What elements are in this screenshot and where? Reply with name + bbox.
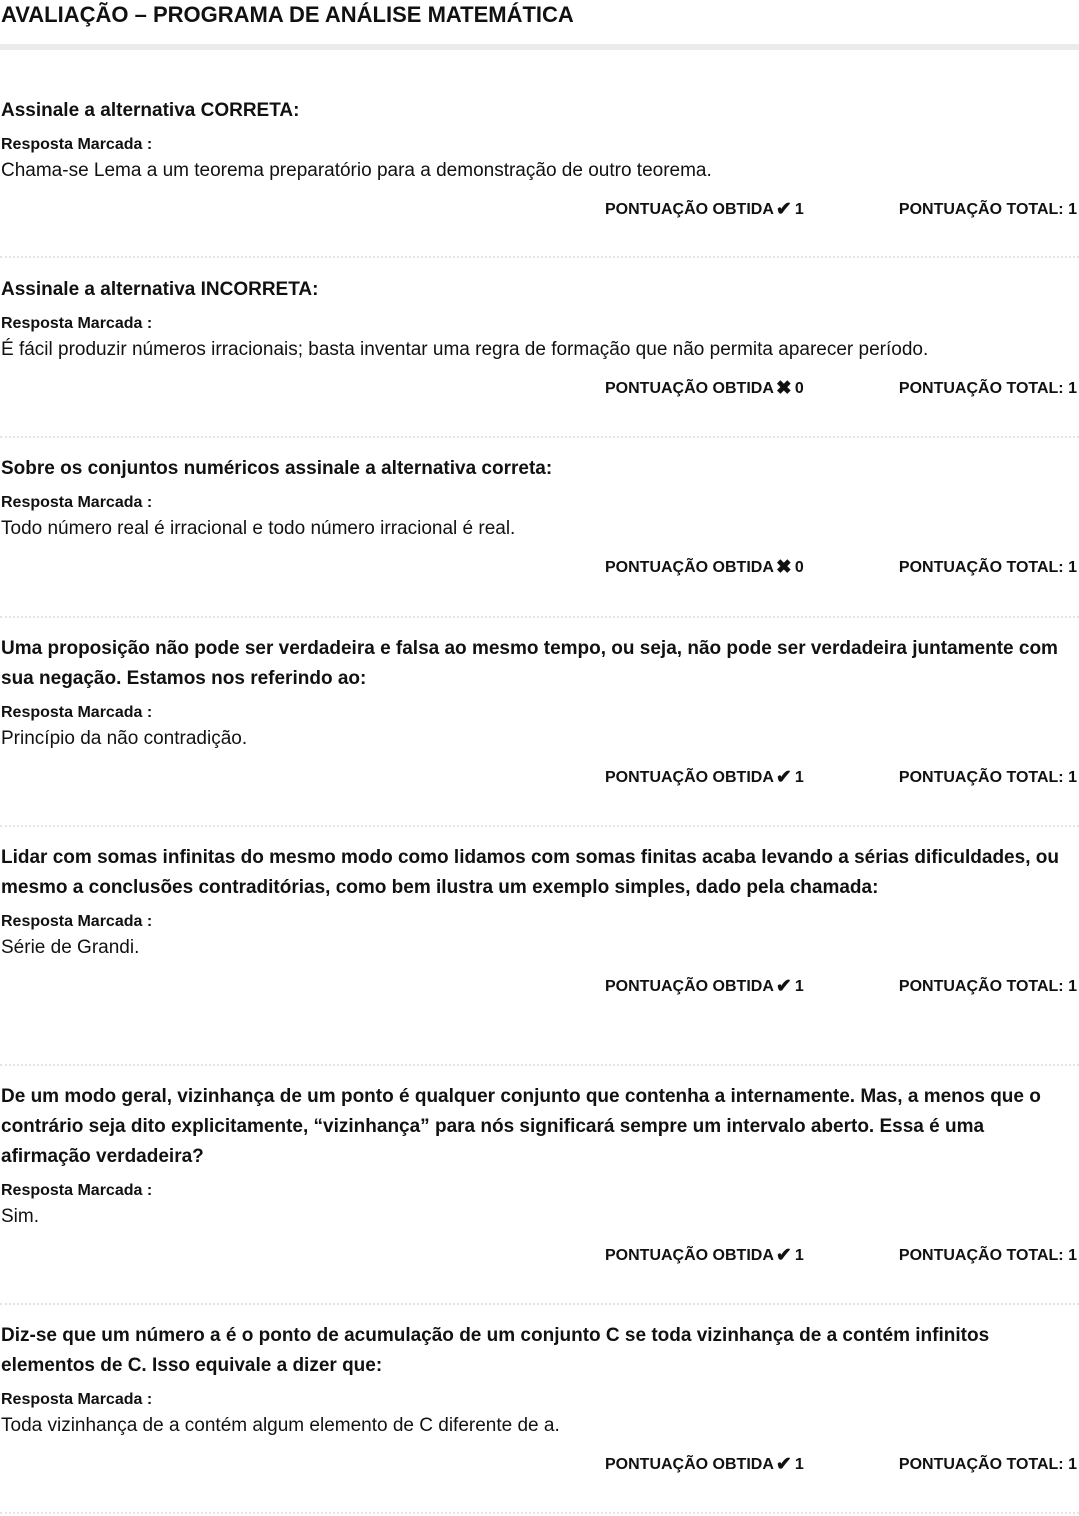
answer-value: Princípio da não contradição. (0, 726, 1079, 752)
score-row: PONTUAÇÃO OBTIDA✔1 PONTUAÇÃO TOTAL: 1 (0, 197, 1079, 223)
score-total-label: PONTUAÇÃO TOTAL: (899, 1456, 1064, 1473)
question-item: Diz-se que um número a é o ponto de acum… (0, 1321, 1079, 1478)
answer-label: Resposta Marcada : (0, 314, 1079, 334)
question-separator (0, 1303, 1079, 1305)
score-obtained: PONTUAÇÃO OBTIDA✔1 (605, 197, 804, 223)
score-obtained-value: 1 (795, 978, 804, 995)
question-text: Assinale a alternativa CORRETA: (0, 96, 1061, 126)
score-total-label: PONTUAÇÃO TOTAL: (899, 559, 1064, 576)
score-obtained-label: PONTUAÇÃO OBTIDA (605, 559, 774, 576)
score-total-value: 1 (1068, 380, 1077, 397)
question-separator (0, 256, 1079, 258)
score-row: PONTUAÇÃO OBTIDA✔1 PONTUAÇÃO TOTAL: 1 (0, 765, 1079, 791)
score-obtained: PONTUAÇÃO OBTIDA✖0 (605, 555, 804, 581)
answer-label: Resposta Marcada : (0, 1390, 1079, 1410)
score-obtained-label: PONTUAÇÃO OBTIDA (605, 978, 774, 995)
question-item: Assinale a alternativa INCORRETA: Respos… (0, 275, 1079, 402)
score-obtained: PONTUAÇÃO OBTIDA✔1 (605, 974, 804, 1000)
answer-label: Resposta Marcada : (0, 703, 1079, 723)
score-total-value: 1 (1068, 201, 1077, 218)
question-item: Sobre os conjuntos numéricos assinale a … (0, 454, 1079, 581)
answer-value: Série de Grandi. (0, 935, 1079, 961)
question-item: Assinale a alternativa CORRETA: Resposta… (0, 96, 1079, 223)
answer-value: Sim. (0, 1204, 1079, 1230)
score-total-value: 1 (1068, 1456, 1077, 1473)
check-icon: ✔ (776, 977, 792, 997)
score-total: PONTUAÇÃO TOTAL: 1 (899, 765, 1077, 791)
question-item: Lidar com somas infinitas do mesmo modo … (0, 843, 1079, 1000)
score-obtained-label: PONTUAÇÃO OBTIDA (605, 1456, 774, 1473)
question-separator (0, 1064, 1079, 1066)
score-total: PONTUAÇÃO TOTAL: 1 (899, 1243, 1077, 1269)
question-text: Uma proposição não pode ser verdadeira e… (0, 634, 1061, 694)
question-text: Lidar com somas infinitas do mesmo modo … (0, 843, 1061, 903)
score-total-value: 1 (1068, 1247, 1077, 1264)
page-title: AVALIAÇÃO – PROGRAMA DE ANÁLISE MATEMÁTI… (1, 2, 574, 28)
question-text: Sobre os conjuntos numéricos assinale a … (0, 454, 1061, 484)
answer-value: Todo número real é irracional e todo núm… (0, 516, 1079, 542)
score-total-label: PONTUAÇÃO TOTAL: (899, 1247, 1064, 1264)
question-text: Diz-se que um número a é o ponto de acum… (0, 1321, 1061, 1381)
score-total-label: PONTUAÇÃO TOTAL: (899, 380, 1064, 397)
score-total: PONTUAÇÃO TOTAL: 1 (899, 555, 1077, 581)
x-icon: ✖ (776, 379, 792, 399)
score-row: PONTUAÇÃO OBTIDA✔1 PONTUAÇÃO TOTAL: 1 (0, 1243, 1079, 1269)
question-item: De um modo geral, vizinhança de um ponto… (0, 1082, 1079, 1269)
answer-value: Chama-se Lema a um teorema preparatório … (0, 158, 1079, 184)
check-icon: ✔ (776, 1455, 792, 1475)
answer-label: Resposta Marcada : (0, 135, 1079, 155)
check-icon: ✔ (776, 768, 792, 788)
check-icon: ✔ (776, 200, 792, 220)
score-obtained: PONTUAÇÃO OBTIDA✖0 (605, 376, 804, 402)
score-total: PONTUAÇÃO TOTAL: 1 (899, 974, 1077, 1000)
score-obtained-label: PONTUAÇÃO OBTIDA (605, 769, 774, 786)
score-total-value: 1 (1068, 769, 1077, 786)
score-row: PONTUAÇÃO OBTIDA✔1 PONTUAÇÃO TOTAL: 1 (0, 1452, 1079, 1478)
score-row: PONTUAÇÃO OBTIDA✖0 PONTUAÇÃO TOTAL: 1 (0, 376, 1079, 402)
score-obtained-label: PONTUAÇÃO OBTIDA (605, 201, 774, 218)
score-obtained: PONTUAÇÃO OBTIDA✔1 (605, 765, 804, 791)
score-obtained: PONTUAÇÃO OBTIDA✔1 (605, 1452, 804, 1478)
score-obtained-value: 1 (795, 1456, 804, 1473)
score-obtained-value: 1 (795, 1247, 804, 1264)
score-total-label: PONTUAÇÃO TOTAL: (899, 769, 1064, 786)
score-obtained: PONTUAÇÃO OBTIDA✔1 (605, 1243, 804, 1269)
score-row: PONTUAÇÃO OBTIDA✔1 PONTUAÇÃO TOTAL: 1 (0, 974, 1079, 1000)
score-total-label: PONTUAÇÃO TOTAL: (899, 978, 1064, 995)
score-total-value: 1 (1068, 559, 1077, 576)
check-icon: ✔ (776, 1246, 792, 1266)
score-total: PONTUAÇÃO TOTAL: 1 (899, 1452, 1077, 1478)
x-icon: ✖ (776, 558, 792, 578)
answer-label: Resposta Marcada : (0, 493, 1079, 513)
question-separator (0, 616, 1079, 618)
score-obtained-label: PONTUAÇÃO OBTIDA (605, 1247, 774, 1264)
score-row: PONTUAÇÃO OBTIDA✖0 PONTUAÇÃO TOTAL: 1 (0, 555, 1079, 581)
score-obtained-value: 0 (795, 380, 804, 397)
score-obtained-value: 1 (795, 201, 804, 218)
question-separator (0, 1512, 1079, 1514)
answer-value: É fácil produzir números irracionais; ba… (0, 337, 1079, 363)
score-total-value: 1 (1068, 978, 1077, 995)
score-total: PONTUAÇÃO TOTAL: 1 (899, 197, 1077, 223)
question-text: Assinale a alternativa INCORRETA: (0, 275, 1061, 305)
score-total-label: PONTUAÇÃO TOTAL: (899, 201, 1064, 218)
answer-label: Resposta Marcada : (0, 1181, 1079, 1201)
score-obtained-value: 0 (795, 559, 804, 576)
question-separator (0, 825, 1079, 827)
question-separator (0, 436, 1079, 438)
title-divider (0, 44, 1079, 50)
answer-label: Resposta Marcada : (0, 912, 1079, 932)
answer-value: Toda vizinhança de a contém algum elemen… (0, 1413, 1079, 1439)
score-obtained-value: 1 (795, 769, 804, 786)
question-text: De um modo geral, vizinhança de um ponto… (0, 1082, 1061, 1172)
question-item: Uma proposição não pode ser verdadeira e… (0, 634, 1079, 791)
score-total: PONTUAÇÃO TOTAL: 1 (899, 376, 1077, 402)
score-obtained-label: PONTUAÇÃO OBTIDA (605, 380, 774, 397)
